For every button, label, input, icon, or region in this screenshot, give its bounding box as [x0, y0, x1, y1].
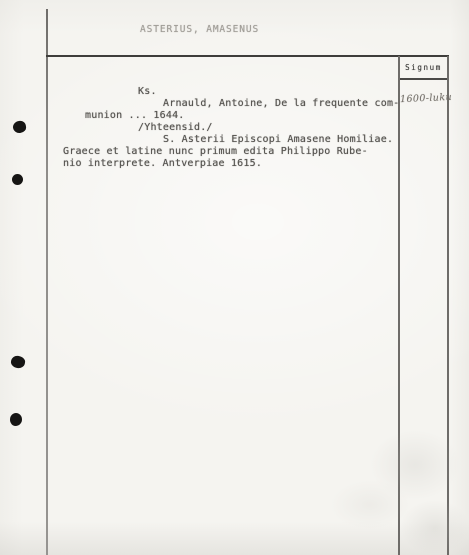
card-heading: ASTERIUS, AMASENUS	[140, 24, 259, 35]
card-right-border	[447, 56, 449, 555]
entry-line: Ks.	[47, 86, 397, 98]
card-body: Ks. Arnauld, Antoine, De la frequente co…	[47, 86, 397, 170]
signum-column-divider	[398, 56, 400, 555]
signum-label: Signum	[405, 63, 442, 72]
punch-hole	[10, 413, 22, 426]
punch-hole	[12, 174, 23, 185]
paper-smudge	[400, 500, 469, 555]
signum-handwritten-value: 1600-luku	[400, 92, 452, 105]
entry-line: Graece et latine nunc primum edita Phili…	[47, 146, 397, 158]
entry-line: nio interprete. Antverpiae 1615.	[47, 158, 397, 170]
entry-line: munion ... 1644.	[47, 110, 397, 122]
punch-hole	[10, 355, 26, 369]
entry-line: /Yhteensid./	[47, 122, 397, 134]
entry-line: Arnauld, Antoine, De la frequente com-	[47, 98, 397, 110]
entry-line: S. Asterii Episcopi Amasene Homiliae.	[47, 134, 397, 146]
punch-hole	[12, 120, 27, 134]
card-top-border	[46, 55, 449, 57]
catalog-card-scan: ASTERIUS, AMASENUS Signum 1600-luku Ks. …	[0, 0, 469, 555]
signum-header-cell: Signum	[400, 57, 447, 80]
